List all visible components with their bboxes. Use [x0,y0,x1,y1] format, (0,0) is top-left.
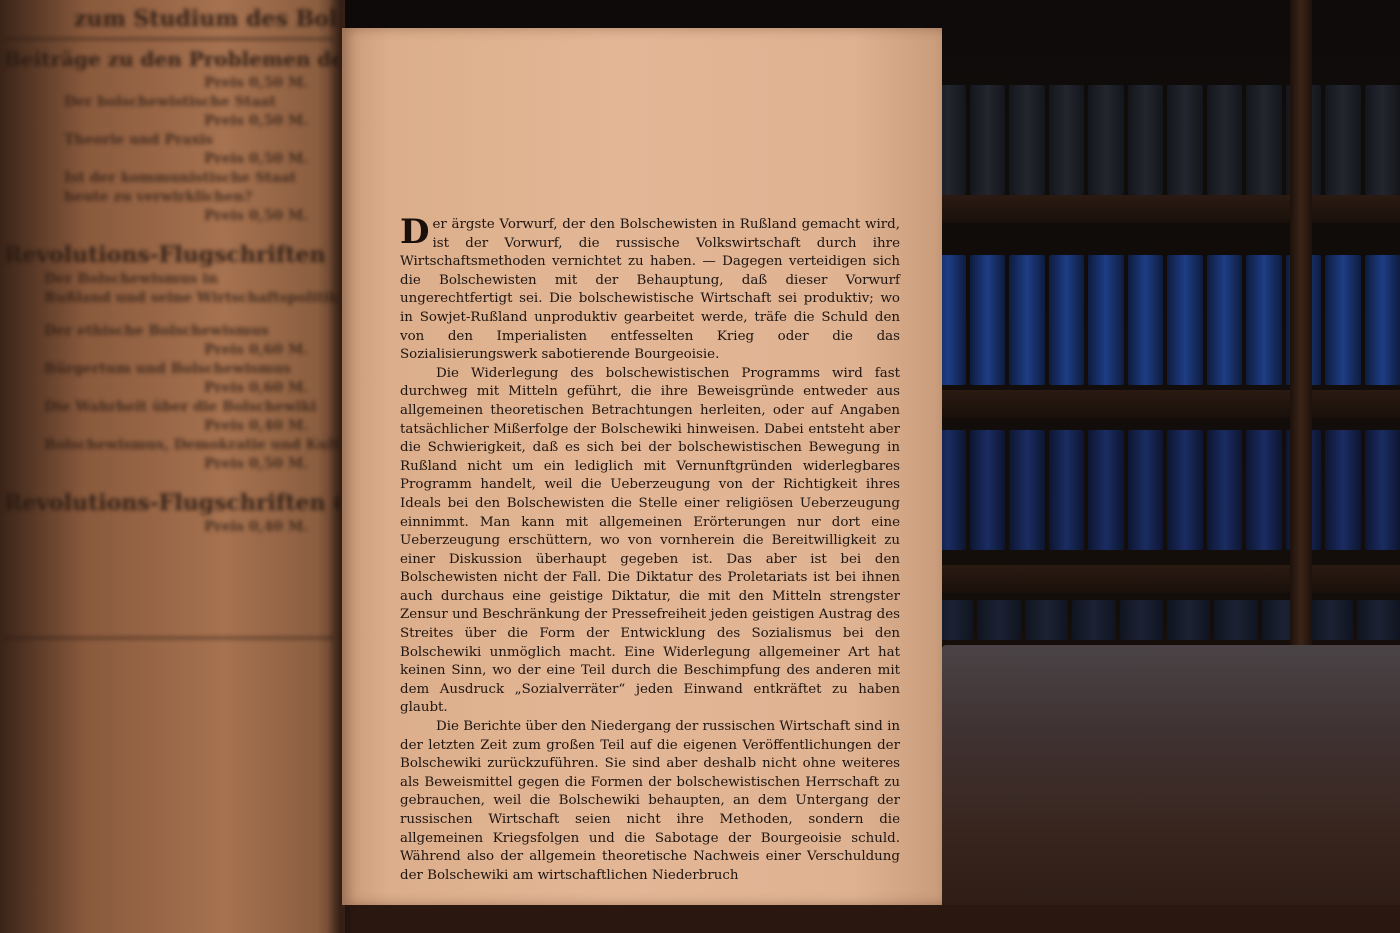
shelf-upright [1290,0,1312,660]
left-page-subheader: Beiträge zu den Problemen der Zeit [4,44,339,74]
left-page-header: zum Studium des Bolschewismus [4,4,339,34]
left-page-section-1: Revolutions-Flugschriften [4,240,339,270]
shelf-board [900,195,1400,223]
book-row-blue [930,255,1400,385]
paragraph-3: Die Berichte über den Niedergang der rus… [400,718,900,885]
book-row-blue-lower [930,430,1400,550]
wooden-desk [942,645,1400,933]
left-page-text: zum Studium des Bolschewismus Beiträge z… [0,0,339,904]
shelf-board [900,565,1400,593]
book-row-top [930,85,1400,195]
desk-edge [300,905,1400,933]
book-row-bottom [930,600,1400,640]
left-page: zum Studium des Bolschewismus Beiträge z… [0,0,345,933]
drop-cap: D [400,218,429,246]
left-page-section-2: Revolutions-Flugschriften (neue Folge) [4,488,339,518]
page-body-text: Der ärgste Vorwurf, der den Bolschewiste… [400,216,900,885]
paragraph-2: Die Widerlegung des bolschewistischen Pr… [400,365,900,718]
paragraph-1: Der ärgste Vorwurf, der den Bolschewiste… [400,216,900,365]
shelf-board [900,390,1400,418]
right-page: Der ärgste Vorwurf, der den Bolschewiste… [342,28,942,905]
photo-scene: zum Studium des Bolschewismus Beiträge z… [0,0,1400,933]
